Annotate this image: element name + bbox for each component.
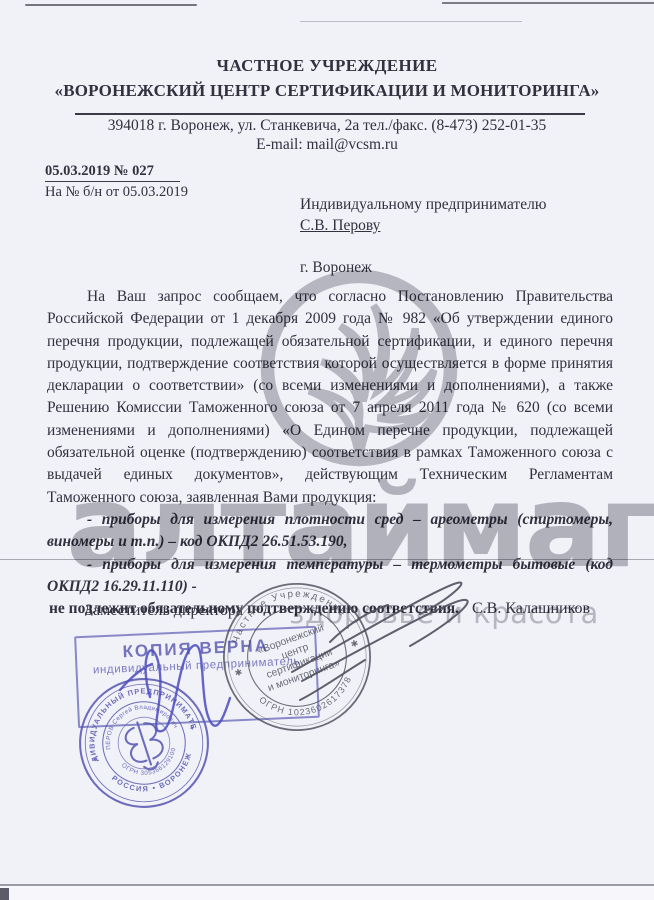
scan-artifact-line	[442, 2, 654, 4]
copy-stamp-title: КОПИЯ ВЕРНА	[76, 634, 315, 664]
entrepreneur-signature	[120, 645, 230, 731]
org-stamp-center-3: сертификации	[265, 646, 334, 681]
reference-block: 05.03.2019 № 027 На № б/н от 05.03.2019	[45, 163, 188, 201]
signer-name: С.В. Калашников	[472, 600, 590, 618]
personal-stamp-inner-bottom-arc: ОГРН 305366129100	[119, 745, 183, 785]
org-address: 394018 г. Воронеж, ул. Станкевича, 2а те…	[0, 117, 654, 135]
letterhead: ЧАСТНОЕ УЧРЕЖДЕНИЕ «ВОРОНЕЖСКИЙ ЦЕНТР СЕ…	[0, 56, 654, 101]
org-stamp-center-4: и мониторинга»	[266, 658, 341, 694]
recipient-name: С.В. Перову	[300, 215, 546, 236]
incoming-number: На № б/н от 05.03.2019	[45, 184, 188, 201]
copy-verified-stamp: КОПИЯ ВЕРНА индивидуальный предпринимате…	[74, 626, 320, 728]
copy-stamp-subtitle: индивидуальный предприниматель	[77, 655, 315, 677]
body-paragraph: На Ваш запрос сообщаем, что согласно Пос…	[47, 286, 613, 509]
recipient-block: Индивидуальному предпринимателю С.В. Пер…	[300, 194, 546, 278]
org-stamp-center-2: центр	[280, 642, 310, 662]
svg-text:ОГРН 305366129100: ОГРН 305366129100	[119, 745, 183, 785]
recipient-city: г. Воронеж	[300, 257, 546, 278]
scan-artifact-corner	[0, 888, 9, 900]
signer-title: Заместитель директора	[85, 602, 243, 620]
org-email: E-mail: mail@vcsm.ru	[0, 136, 654, 154]
scan-artifact-line	[0, 884, 654, 886]
outgoing-number: 05.03.2019 № 027	[45, 163, 180, 182]
svg-text:✦: ✦	[91, 754, 100, 764]
org-stamp-center-1: «Воронежский	[256, 623, 325, 657]
product-item-2: - приборы для измерения температуры – те…	[47, 554, 613, 599]
svg-text:РОССИЯ • ВОРОНЕЖ: РОССИЯ • ВОРОНЕЖ	[108, 748, 201, 804]
scanned-letter-page: ЧАСТНОЕ УЧРЕЖДЕНИЕ «ВОРОНЕЖСКИЙ ЦЕНТР СЕ…	[0, 0, 654, 900]
entrepreneur-round-stamp: ИНДИВИДУАЛЬНЫЙ ПРЕДПРИНИМАТЕЛЬ РОССИЯ • …	[77, 676, 211, 810]
svg-text:✦: ✦	[188, 723, 197, 733]
scan-fold-line	[0, 559, 654, 560]
letter-body: На Ваш запрос сообщаем, что согласно Пос…	[47, 286, 613, 620]
scan-artifact-line	[300, 21, 522, 22]
product-item-1: - приборы для измерения плотности сред –…	[47, 509, 613, 554]
personal-stamp-monogram	[122, 717, 168, 774]
personal-stamp-top-arc: ИНДИВИДУАЛЬНЫЙ ПРЕДПРИНИМАТЕЛЬ	[77, 676, 199, 768]
org-type-heading: ЧАСТНОЕ УЧРЕЖДЕНИЕ	[0, 56, 654, 76]
svg-text:ПЕРОВ Сергей Владимирович: ПЕРОВ Сергей Владимирович	[95, 694, 180, 752]
org-stamp-bottom-arc: ОГРН 1023602617378	[256, 672, 360, 727]
scan-artifact-line	[25, 4, 197, 6]
org-name-heading: «ВОРОНЕЖСКИЙ ЦЕНТР СЕРТИФИКАЦИИ И МОНИТО…	[0, 81, 654, 101]
scan-artifact-strip	[0, 886, 654, 900]
svg-text:✱: ✱	[350, 638, 360, 650]
personal-stamp-inner-top-arc: ПЕРОВ Сергей Владимирович	[95, 694, 180, 752]
svg-text:✱: ✱	[234, 667, 244, 679]
svg-text:ИНДИВИДУАЛЬНЫЙ ПРЕДПРИНИМАТЕЛ: ИНДИВИДУАЛЬНЫЙ ПРЕДПРИНИМАТЕЛЬ	[77, 676, 199, 768]
recipient-line: Индивидуальному предпринимателю	[300, 194, 546, 215]
svg-text:ОГРН 1023602617378: ОГРН 1023602617378	[256, 672, 360, 727]
letterhead-divider	[75, 113, 585, 115]
personal-stamp-bottom-arc: РОССИЯ • ВОРОНЕЖ	[108, 748, 201, 804]
